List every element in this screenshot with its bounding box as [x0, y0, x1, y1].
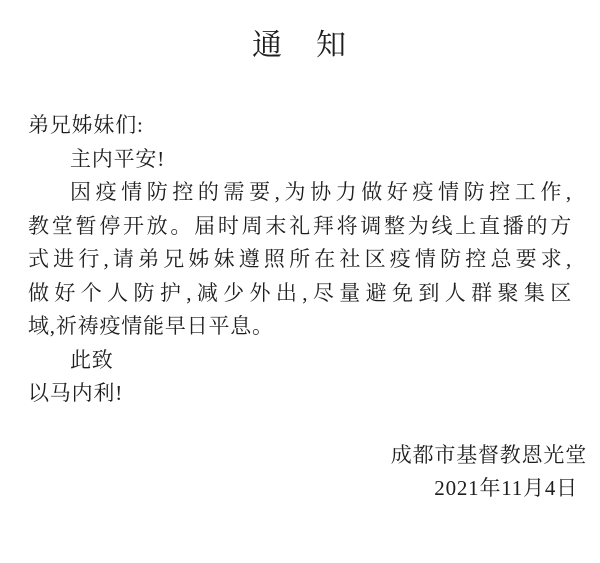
salutation-line: 弟兄姊妹们:	[28, 109, 572, 143]
notice-title: 通 知	[0, 26, 600, 66]
notice-document: 通 知 弟兄姊妹们: 主内平安! 因疫情防控的需要,为协力做好疫情防控工作, 教…	[0, 0, 600, 563]
signature-block: 成都市基督教恩光堂 2021年11月4日	[0, 439, 600, 506]
closing-line: 此致	[28, 344, 572, 378]
paragraph-line: 教堂暂停开放。届时周末礼拜将调整为线上直播的方	[28, 210, 572, 244]
emmanuel-line: 以马内利!	[28, 377, 572, 411]
date-line: 2021年11月4日	[0, 472, 600, 506]
paragraph-line: 式进行,请弟兄姊妹遵照所在社区疫情防控总要求,	[28, 243, 572, 277]
paragraph-line: 因疫情防控的需要,为协力做好疫情防控工作,	[28, 176, 572, 210]
notice-body: 弟兄姊妹们: 主内平安! 因疫情防控的需要,为协力做好疫情防控工作, 教堂暂停开…	[0, 109, 600, 411]
greeting-line: 主内平安!	[28, 143, 572, 177]
paragraph-line: 做好个人防护,减少外出,尽量避免到人群聚集区	[28, 277, 572, 311]
paragraph-line: 域,祈祷疫情能早日平息。	[28, 310, 572, 344]
signature-line: 成都市基督教恩光堂	[0, 439, 600, 473]
